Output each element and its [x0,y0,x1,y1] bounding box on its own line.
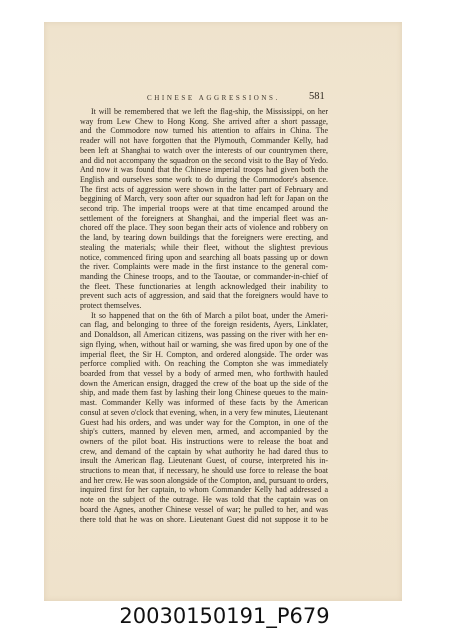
text-line: insult the American flag. Lieutenant Gue… [80,456,328,466]
text-line: and did not accompany the squadron on th… [80,156,328,166]
text-line: ship, and made them fast by lashing thei… [80,388,328,398]
text-line: been left at Shanghai to watch over the … [80,146,328,156]
text-line: manding the Chinese troops, and to the T… [80,272,328,282]
text-line: and Donaldson, all American citizens, wa… [80,330,328,340]
text-line: ship's cutters, manned by eleven men, ar… [80,427,328,437]
text-line: English and ourselves some work to do du… [80,175,328,185]
text-line: sign flying, when, without hail or warni… [80,340,328,350]
book-page: CHINESE AGGRESSIONS. 581 It will be reme… [44,22,402,601]
text-line: imperial fleet, the Sir H. Compton, and … [80,350,328,360]
text-line: beggining of March, very soon after our … [80,194,328,204]
text-line: board the Agnes, another Chinese vessel … [80,505,328,515]
text-line: consul at seven o'clock that evening, wh… [80,408,328,418]
text-line: the land, by tearing down buildings that… [80,233,328,243]
text-line: the river. Complaints were made in the f… [80,262,328,272]
text-line: boarded from that vessel by a body of ar… [80,369,328,379]
text-line: inquired first for her captain, to whom … [80,485,328,495]
text-line: the fleet. These functionaries at length… [80,282,328,292]
text-line: notice, commenced firing upon and search… [80,253,328,263]
text-line: owners of the pilot boat. His instructio… [80,437,328,447]
image-caption: 20030150191_P679 [0,604,449,628]
text-line: protect themselves. [80,301,328,311]
text-line: chored off the place. They soon began th… [80,223,328,233]
text-line: prevent such acts of aggression, and sai… [80,291,328,301]
text-line: note on the subject of the outrage. He w… [80,495,328,505]
running-title: CHINESE AGGRESSIONS. [147,94,280,102]
text-line: crew, and demand of the captain by what … [80,447,328,457]
text-line: It will be remembered that we left the f… [80,107,328,117]
text-line: Guest had his orders, and was under way … [80,418,328,428]
text-line: And now it was found that the Chinese im… [80,165,328,175]
text-line: The first acts of aggression were shown … [80,185,328,195]
text-line: and the Commodore now turned his attenti… [80,126,328,136]
text-line: can flag, and belonging to three of the … [80,320,328,330]
body-text: It will be remembered that we left the f… [80,107,328,524]
text-line: way from Lew Chew to Hong Kong. She arri… [80,117,328,127]
text-line: reader will not have forgotten that the … [80,136,328,146]
page-number: 581 [309,91,325,102]
text-line: perforce complied with. On reaching the … [80,359,328,369]
text-line: second trip. The imperial troops were at… [80,204,328,214]
text-line: structions to mean that, if necessary, h… [80,466,328,476]
text-line: mast. Commander Kelly was informed of th… [80,398,328,408]
text-line: It so happened that on the 6th of March … [80,311,328,321]
running-head: CHINESE AGGRESSIONS. 581 [44,94,402,106]
text-line: stealing the materials; while their flee… [80,243,328,253]
text-line: settlement of the foreigners at Shanghai… [80,214,328,224]
text-line: down the American ensign, dragged the cr… [80,379,328,389]
text-line: and her crew. He was soon alongside of t… [80,476,328,486]
text-line: there told that he was on shore. Lieuten… [80,515,328,525]
